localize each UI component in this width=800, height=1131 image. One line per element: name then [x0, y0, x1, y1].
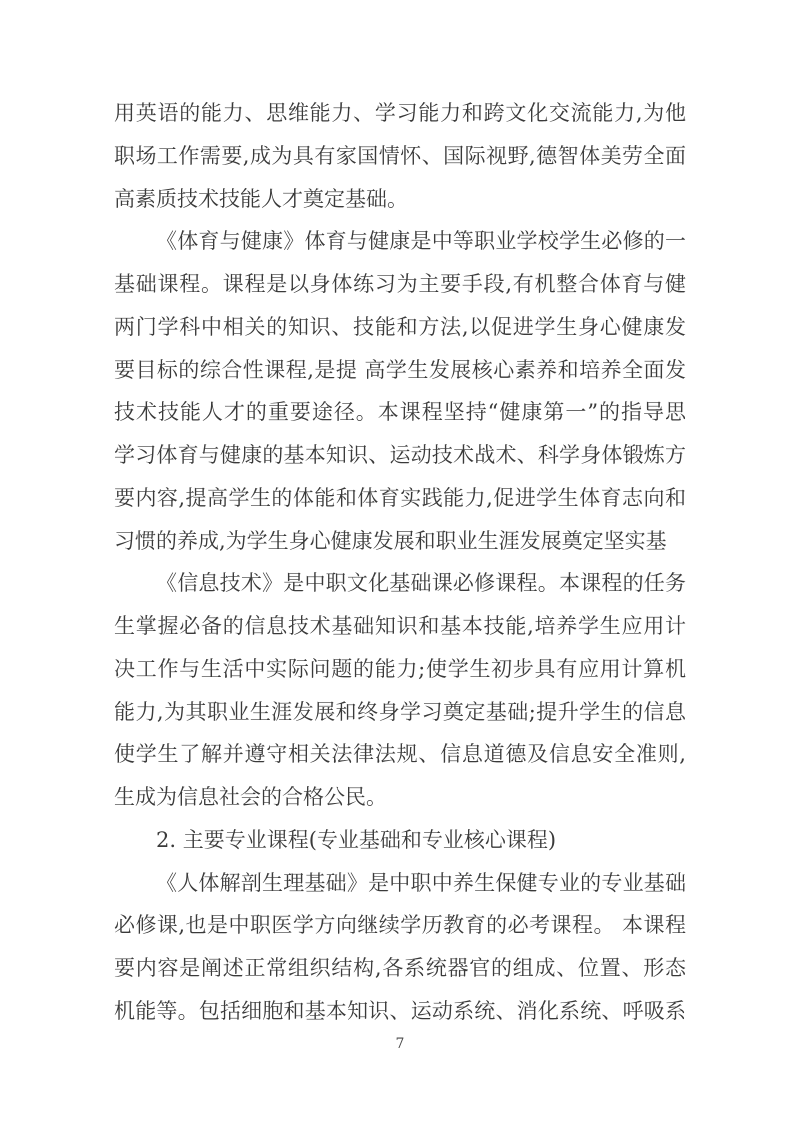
- text-body: 用英语的能力、思维能力、学习能力和跨文化交流能力,为他们适应 职场工作需要,成为…: [114, 92, 686, 1033]
- page-number: 7: [0, 1036, 800, 1052]
- text-line: 使学生了解并遵守相关法律法规、信息道德及信息安全准则,培养学: [114, 733, 686, 776]
- text-line: 习惯的养成,为学生身心健康发展和职业生涯发展奠定坚实基础。: [114, 520, 686, 563]
- text-line: 学习体育与健康的基本知识、运动技术战术、科学身体锻炼方法为主: [114, 434, 686, 477]
- text-line: 高素质技术技能人才奠定基础。: [114, 178, 686, 221]
- paragraph-major-courses-heading: 2. 主要专业课程(专业基础和专业核心课程): [114, 819, 686, 862]
- text-line: 《信息技术》是中职文化基础课必修课程。本课程的任务是使学: [114, 562, 686, 605]
- paragraph-it-course: 《信息技术》是中职文化基础课必修课程。本课程的任务是使学 生掌握必备的信息技术基…: [114, 562, 686, 819]
- text-line: 生掌握必备的信息技术基础知识和基本技能,培养学生应用计算机解: [114, 605, 686, 648]
- document-page: 用英语的能力、思维能力、学习能力和跨文化交流能力,为他们适应 职场工作需要,成为…: [0, 0, 800, 1131]
- text-line: 用英语的能力、思维能力、学习能力和跨文化交流能力,为他们适应: [114, 92, 686, 135]
- text-line: 要目标的综合性课程,是提 高学生发展核心素养和培养全面发展的: [114, 349, 686, 392]
- text-line: 生成为信息社会的合格公民。: [114, 776, 686, 819]
- text-line: 职场工作需要,成为具有家国情怀、国际视野,德智体美劳全面发展的: [114, 135, 686, 178]
- section-heading: 2. 主要专业课程(专业基础和专业核心课程): [114, 819, 686, 862]
- paragraph-english-course-continuation: 用英语的能力、思维能力、学习能力和跨文化交流能力,为他们适应 职场工作需要,成为…: [114, 92, 686, 220]
- paragraph-pe-health-course: 《体育与健康》体育与健康是中等职业学校学生必修的一门公共 基础课程。课程是以身体…: [114, 220, 686, 562]
- paragraph-anatomy-course: 《人体解剖生理基础》是中职中养生保健专业的专业基础课程和 必修课,也是中职医学方…: [114, 862, 686, 1033]
- text-line: 机能等。包括细胞和基本知识、运动系统、消化系统、呼吸系统、泌: [114, 990, 686, 1033]
- text-line: 能力,为其职业生涯发展和终身学习奠定基础;提升学生的信息素养,: [114, 691, 686, 734]
- text-line: 两门学科中相关的知识、技能和方法,以促进学生身心健康发展为主: [114, 306, 686, 349]
- text-line: 要内容是阐述正常组织结构,各系统器官的组成、位置、形态和生理: [114, 947, 686, 990]
- text-line: 要内容,提高学生的体能和体育实践能力,促进学生体育志向和运动: [114, 477, 686, 520]
- text-line: 《体育与健康》体育与健康是中等职业学校学生必修的一门公共: [114, 220, 686, 263]
- text-line: 决工作与生活中实际问题的能力;使学生初步具有应用计算机学习的: [114, 648, 686, 691]
- text-line: 基础课程。课程是以身体练习为主要手段,有机整合体育与健康教育: [114, 263, 686, 306]
- text-line: 技术技能人才的重要途径。本课程坚持“健康第一”的指导思想,以: [114, 391, 686, 434]
- text-line: 《人体解剖生理基础》是中职中养生保健专业的专业基础课程和: [114, 862, 686, 905]
- text-line: 必修课,也是中职医学方向继续学历教育的必考课程。 本课程的主: [114, 904, 686, 947]
